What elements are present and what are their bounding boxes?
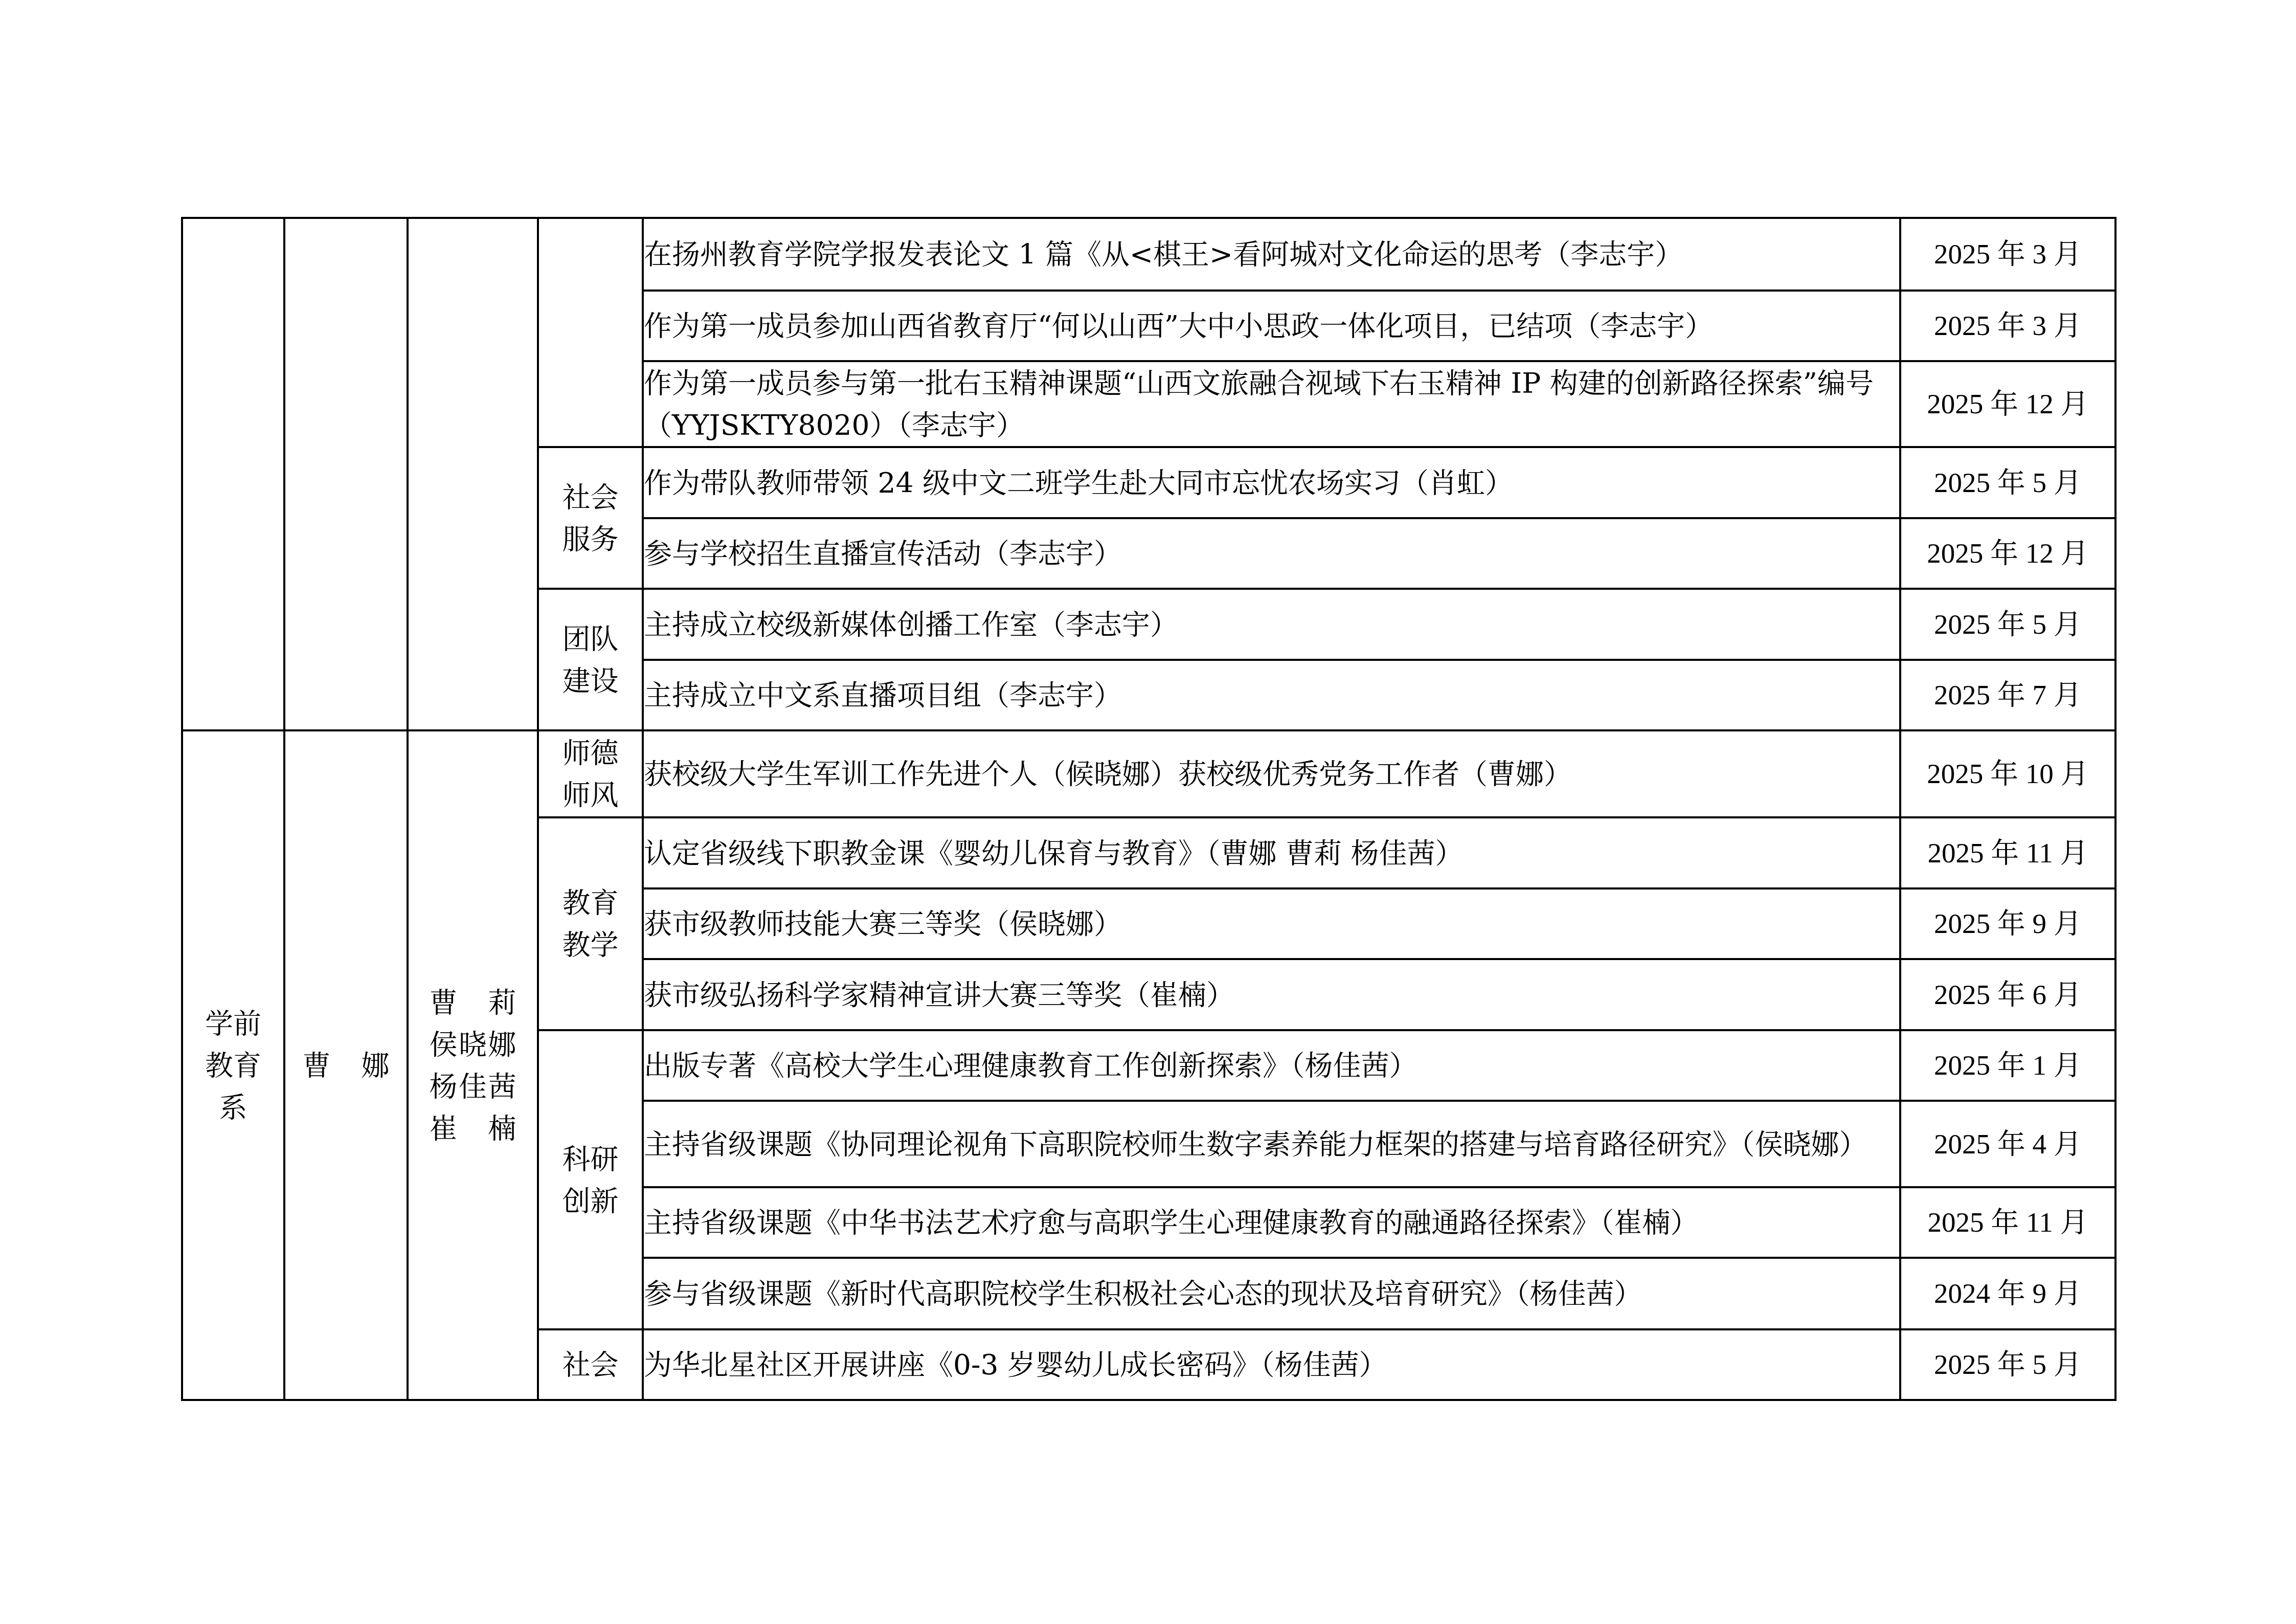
date-cell: 2025 年 12 月 <box>1900 518 2115 589</box>
date-cell: 2025 年 4 月 <box>1900 1101 2115 1187</box>
item-cell: 获市级弘扬科学家精神宣讲大赛三等奖（崔楠） <box>643 959 1900 1030</box>
item-cell: 参与省级课题《新时代高职院校学生积极社会心态的现状及培育研究》（杨佳茜） <box>643 1258 1900 1329</box>
members-cell: 曹莉 侯晓娜 杨佳茜 崔楠 <box>408 730 538 1400</box>
leader-cell: 曹娜 <box>284 730 408 1400</box>
department-cell <box>182 218 284 730</box>
category-cell <box>538 218 643 447</box>
date-cell: 2025 年 5 月 <box>1900 1329 2115 1400</box>
item-cell: 认定省级线下职教金课《婴幼儿保育与教育》（曹娜 曹莉 杨佳茜） <box>643 817 1900 888</box>
item-cell: 在扬州教育学院学报发表论文 1 篇《从<棋王>看阿城对文化命运的思考（李志宇） <box>643 218 1900 291</box>
item-cell: 参与学校招生直播宣传活动（李志宇） <box>643 518 1900 589</box>
item-cell: 主持省级课题《中华书法艺术疗愈与高职学生心理健康教育的融通路径探索》（崔楠） <box>643 1187 1900 1258</box>
item-cell: 获校级大学生军训工作先进个人（候晓娜）获校级优秀党务工作者（曹娜） <box>643 730 1900 817</box>
member-name: 侯晓娜 <box>430 1024 516 1065</box>
table-row: 在扬州教育学院学报发表论文 1 篇《从<棋王>看阿城对文化命运的思考（李志宇） … <box>182 218 2115 291</box>
date-cell: 2025 年 11 月 <box>1900 817 2115 888</box>
date-cell: 2025 年 5 月 <box>1900 447 2115 518</box>
category-cell: 师德师风 <box>538 730 643 817</box>
date-cell: 2025 年 6 月 <box>1900 959 2115 1030</box>
member-name: 崔楠 <box>430 1107 516 1149</box>
item-cell: 为华北星社区开展讲座《0-3 岁婴幼儿成长密码》（杨佳茜） <box>643 1329 1900 1400</box>
date-cell: 2025 年 3 月 <box>1900 218 2115 291</box>
date-cell: 2025 年 3 月 <box>1900 291 2115 361</box>
item-cell: 主持省级课题《协同理论视角下高职院校师生数字素养能力框架的搭建与培育路径研究》（… <box>643 1101 1900 1187</box>
date-cell: 2025 年 10 月 <box>1900 730 2115 817</box>
table-row: 学前教育系 曹娜 曹莉 侯晓娜 杨佳茜 崔楠 师德师风 获校级大学生军训工作先进… <box>182 730 2115 817</box>
item-cell: 主持成立校级新媒体创播工作室（李志宇） <box>643 589 1900 660</box>
achievements-table: 在扬州教育学院学报发表论文 1 篇《从<棋王>看阿城对文化命运的思考（李志宇） … <box>181 217 2117 1401</box>
category-cell: 教育教学 <box>538 817 643 1030</box>
item-cell: 获市级教师技能大赛三等奖（侯晓娜） <box>643 888 1900 959</box>
item-cell: 作为带队教师带领 24 级中文二班学生赴大同市忘忧农场实习（肖虹） <box>643 447 1900 518</box>
item-cell: 出版专著《高校大学生心理健康教育工作创新探索》（杨佳茜） <box>643 1030 1900 1101</box>
date-cell: 2025 年 12 月 <box>1900 361 2115 447</box>
item-cell: 作为第一成员参与第一批右玉精神课题“山西文旅融合视域下右玉精神 IP 构建的创新… <box>643 361 1900 447</box>
category-cell: 社会服务 <box>538 447 643 589</box>
item-cell: 作为第一成员参加山西省教育厅“何以山西”大中小思政一体化项目，已结项（李志宇） <box>643 291 1900 361</box>
item-cell: 主持成立中文系直播项目组（李志宇） <box>643 660 1900 730</box>
members-cell <box>408 218 538 730</box>
category-cell: 科研创新 <box>538 1030 643 1329</box>
member-name: 杨佳茜 <box>430 1065 516 1107</box>
date-cell: 2025 年 7 月 <box>1900 660 2115 730</box>
date-cell: 2025 年 11 月 <box>1900 1187 2115 1258</box>
category-cell: 社会 <box>538 1329 643 1400</box>
date-cell: 2024 年 9 月 <box>1900 1258 2115 1329</box>
department-cell: 学前教育系 <box>182 730 284 1400</box>
category-cell: 团队建设 <box>538 589 643 730</box>
leader-cell <box>284 218 408 730</box>
member-name: 曹莉 <box>430 982 516 1024</box>
date-cell: 2025 年 5 月 <box>1900 589 2115 660</box>
date-cell: 2025 年 9 月 <box>1900 888 2115 959</box>
date-cell: 2025 年 1 月 <box>1900 1030 2115 1101</box>
